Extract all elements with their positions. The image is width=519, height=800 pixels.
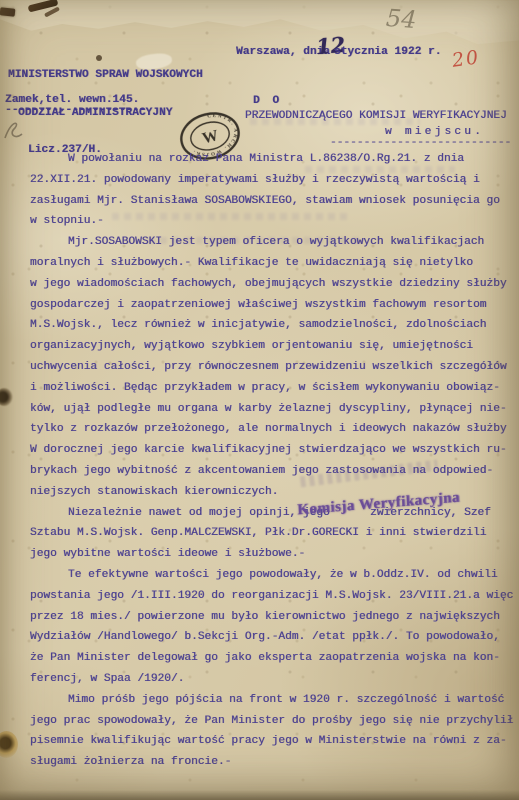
recipient-underline: --------------------------- bbox=[330, 137, 511, 149]
paragraph-1: W powołaniu na rozkaz Pana Ministra L.86… bbox=[30, 149, 519, 232]
sender-office-line1: MINISTERSTWO SPRAW WOJSKOWYCH bbox=[8, 69, 203, 82]
paper-stain-bottom-left bbox=[0, 731, 18, 758]
torn-top-edge bbox=[0, 0, 519, 48]
red-annotation-number: 20 bbox=[451, 46, 482, 72]
date-suffix: stycznia 1922 r. bbox=[334, 46, 441, 58]
document-scan: 54 20 MINISTERSTWO SPRAW WOJSKOWYCH ODDZ… bbox=[0, 0, 519, 800]
letter-body: W powołaniu na rozkaz Pana Ministra L.86… bbox=[30, 149, 519, 773]
page-number-pencil: 54 bbox=[385, 4, 417, 34]
paragraph-2: Mjr.SOSABOWSKI jest typem oficera o wyją… bbox=[30, 232, 519, 502]
contact-underline: --------------------- bbox=[5, 104, 146, 116]
paragraph-4: Te efektywne wartości jego powodowały, ż… bbox=[30, 565, 519, 690]
paragraph-5: Mimo próśb jego pójścia na front w 1920 … bbox=[30, 690, 519, 773]
paper-hole-left bbox=[0, 388, 13, 406]
address-do-label: D O bbox=[253, 95, 282, 107]
ink-stain-top-left bbox=[0, 7, 15, 17]
recipient-title: PRZEWODNICZĄCEGO KOMISJI WERYFIKACYJNEJ bbox=[245, 110, 507, 122]
bottom-edge-shadow bbox=[0, 790, 519, 800]
paragraph-3: Niezależnie nawet od mojej opinji, jego … bbox=[30, 503, 519, 565]
archive-stamp-monogram: W bbox=[201, 127, 221, 147]
